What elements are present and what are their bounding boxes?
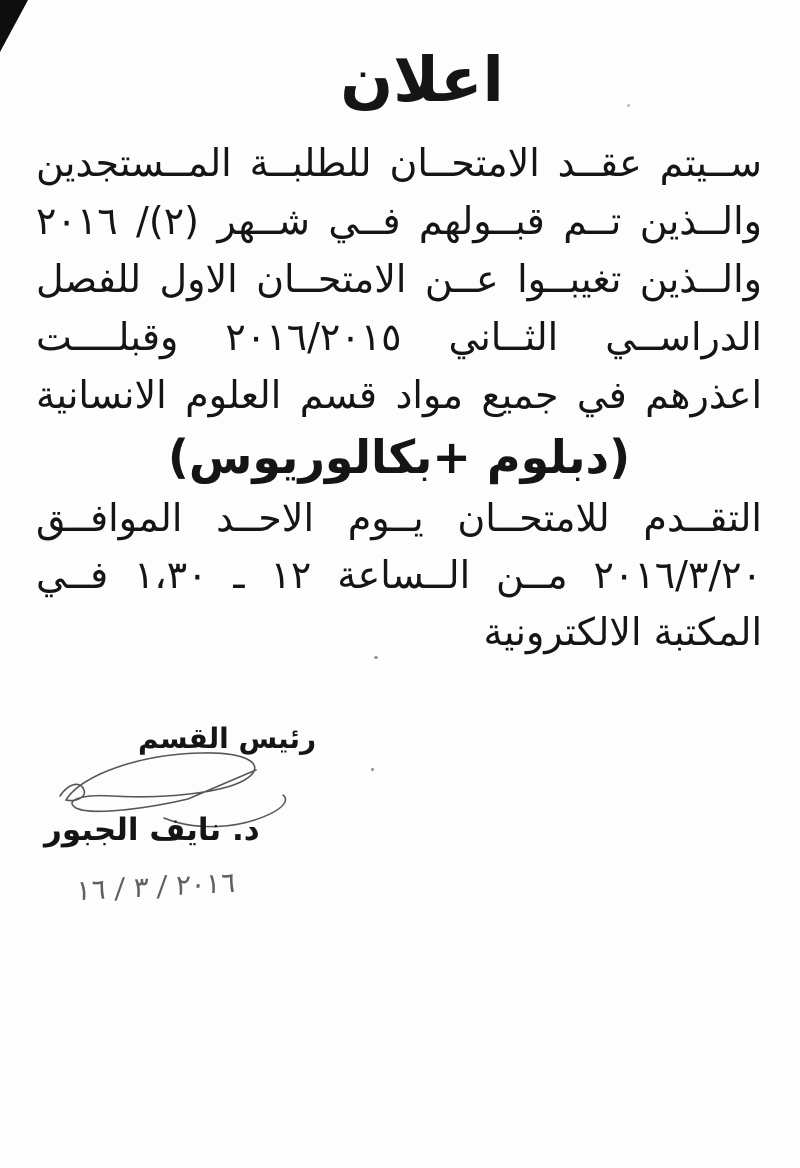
scanned-announcement-page: اعلان ســيتم عقــد الامتحــان للطلبــة ا… [0,0,800,1168]
body-line-4: الدراســي الثــاني ٢٠١٦/٢٠١٥ وقبلــــت [36,308,762,366]
signature-handwritten-date: ٢٠١٦ / ٣ / ١٦ [75,866,236,907]
body-line-6-degree-types: (دبلوم +بكالوريوس) [36,424,762,490]
body-line-9: المكتبة الالكترونية [36,604,762,660]
scan-artifact-dot [371,768,374,771]
announcement-title: اعلان [22,40,800,121]
announcement-body: ســيتم عقــد الامتحــان للطلبــة المــست… [36,134,762,660]
body-line-8: ٢٠١٦/٣/٢٠ مــن الــساعة ١٢ ـ ١،٣٠ فــي [36,546,762,604]
body-line-1: ســيتم عقــد الامتحــان للطلبــة المــست… [36,134,762,192]
body-line-3: والــذين تغيبــوا عــن الامتحــان الاول … [36,250,762,308]
body-line-5: اعذرهم في جميع مواد قسم العلوم الانسانية [36,366,762,424]
body-line-2: والــذين تــم قبــولهم فــي شــهر (٢)/ ٢… [36,192,762,250]
signature-name: د. نايف الجبور [44,812,260,848]
body-line-7: التقــدم للامتحــان يــوم الاحــد المواف… [36,490,762,546]
scan-artifact-dot [627,104,630,107]
scan-artifact-dot [374,656,378,659]
